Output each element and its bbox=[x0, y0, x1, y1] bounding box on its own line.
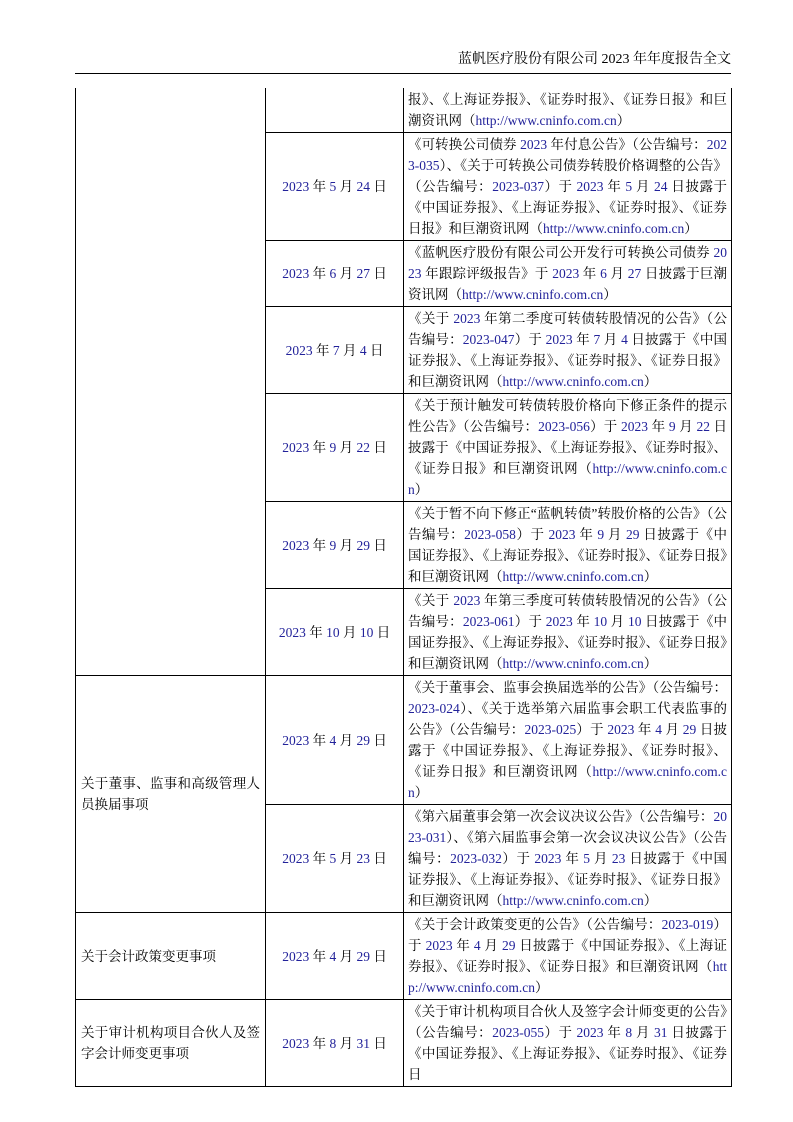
latin-text-run: http://www.cninfo.com.cn bbox=[408, 461, 727, 497]
latin-text-run: http://www.cninfo.com.cn bbox=[503, 656, 644, 671]
latin-text-run: 2023-032 bbox=[450, 851, 502, 866]
latin-text-run: http://www.cninfo.com.cn bbox=[462, 287, 603, 302]
latin-text-run: 8 bbox=[329, 1036, 336, 1051]
latin-text-run: 2023 bbox=[546, 332, 573, 347]
latin-text-run: 29 bbox=[626, 527, 640, 542]
event-category-cell: 关于会计政策变更事项 bbox=[76, 913, 266, 1000]
announcement-detail-cell: 《可转换公司债券 2023 年付息公告》（公告编号：2023-035）、《关于可… bbox=[404, 133, 732, 241]
announcement-detail-cell: 《关于 2023 年第二季度可转债转股情况的公告》（公告编号：2023-047）… bbox=[404, 307, 732, 394]
latin-text-run: 22 bbox=[356, 440, 370, 455]
latin-text-run: 2023-056 bbox=[538, 419, 590, 434]
latin-text-run: 2023 bbox=[282, 538, 309, 553]
latin-text-run: 5 bbox=[329, 179, 336, 194]
latin-text-run: 9 bbox=[329, 440, 336, 455]
latin-text-run: 2023 bbox=[282, 266, 309, 281]
latin-text-run: 4 bbox=[655, 722, 662, 737]
latin-text-run: 31 bbox=[356, 1036, 370, 1051]
latin-text-run: 2023 bbox=[282, 733, 309, 748]
latin-text-run: http://www.cninfo.com.cn bbox=[543, 221, 684, 236]
latin-text-run: 10 bbox=[628, 614, 642, 629]
page-header-title: 蓝帆医疗股份有限公司 2023 年年度报告全文 bbox=[75, 50, 731, 74]
disclosure-date-cell: 2023 年 5 月 24 日 bbox=[266, 133, 404, 241]
latin-text-run: 5 bbox=[329, 851, 336, 866]
announcement-detail-cell: 《关于会计政策变更的公告》（公告编号：2023-019）于 2023 年 4 月… bbox=[404, 913, 732, 1000]
event-category-cell: 关于审计机构项目合伙人及签字会计师变更事项 bbox=[76, 1000, 266, 1087]
disclosure-date-cell: 2023 年 7 月 4 日 bbox=[266, 307, 404, 394]
latin-text-run: 2023-055 bbox=[492, 1025, 544, 1040]
latin-text-run: 2023 bbox=[279, 625, 306, 640]
latin-text-run: 2023-031 bbox=[408, 809, 727, 845]
latin-text-run: 2023 bbox=[621, 419, 648, 434]
latin-text-run: 29 bbox=[502, 938, 516, 953]
latin-text-run: 22 bbox=[696, 419, 710, 434]
latin-text-run: 4 bbox=[360, 343, 367, 358]
announcement-detail-cell: 《蓝帆医疗股份有限公司公开发行可转换公司债券 2023 年跟踪评级报告》于 20… bbox=[404, 241, 732, 307]
latin-text-run: 23 bbox=[612, 851, 626, 866]
annual-report-page: { "header": { "title": "蓝帆医疗股份有限公司 2023 … bbox=[0, 0, 793, 1122]
latin-text-run: 23 bbox=[356, 851, 370, 866]
event-category-cell: 关于董事、监事和高级管理人员换届事项 bbox=[76, 676, 266, 913]
latin-text-run: 2023-019 bbox=[662, 917, 714, 932]
announcement-detail-cell: 《关于董事会、监事会换届选举的公告》（公告编号：2023-024）、《关于选举第… bbox=[404, 676, 732, 805]
latin-text-run: 31 bbox=[654, 1025, 668, 1040]
latin-text-run: 8 bbox=[625, 1025, 632, 1040]
table-row: 关于董事、监事和高级管理人员换届事项2023 年 4 月 29 日《关于董事会、… bbox=[76, 676, 732, 805]
latin-text-run: 24 bbox=[654, 179, 668, 194]
latin-text-run: 2023 bbox=[548, 527, 575, 542]
latin-text-run: 29 bbox=[356, 949, 370, 964]
latin-text-run: http://www.cninfo.com.cn bbox=[408, 764, 727, 800]
latin-text-run: 27 bbox=[628, 266, 642, 281]
latin-text-run: 7 bbox=[593, 332, 600, 347]
disclosure-date-cell: 2023 年 5 月 23 日 bbox=[266, 805, 404, 913]
latin-text-run: 4 bbox=[329, 949, 336, 964]
latin-text-run: 29 bbox=[356, 538, 370, 553]
latin-text-run: 5 bbox=[583, 851, 590, 866]
disclosure-date-cell: 2023 年 6 月 27 日 bbox=[266, 241, 404, 307]
latin-text-run: 2023-047 bbox=[463, 332, 515, 347]
latin-text-run: 2023 bbox=[607, 722, 634, 737]
latin-text-run: 6 bbox=[329, 266, 336, 281]
table-row: 报》、《上海证券报》、《证券时报》、《证券日报》和巨潮资讯网（http://ww… bbox=[76, 88, 732, 133]
disclosure-date-cell: 2023 年 9 月 29 日 bbox=[266, 502, 404, 589]
latin-text-run: 2023-061 bbox=[463, 614, 515, 629]
latin-text-run: 6 bbox=[600, 266, 607, 281]
latin-text-run: 2023 bbox=[282, 179, 309, 194]
latin-text-run: 7 bbox=[333, 343, 340, 358]
latin-text-run: 2023 bbox=[520, 137, 547, 152]
latin-text-run: 4 bbox=[621, 332, 628, 347]
latin-text-run: 2023 bbox=[282, 851, 309, 866]
latin-text-run: 2023-024 bbox=[408, 701, 460, 716]
latin-text-run: 10 bbox=[594, 614, 608, 629]
announcement-detail-cell: 《关于暂不向下修正“蓝帆转债”转股价格的公告》（公告编号：2023-058）于 … bbox=[404, 502, 732, 589]
disclosure-events-table-body: 报》、《上海证券报》、《证券时报》、《证券日报》和巨潮资讯网（http://ww… bbox=[76, 88, 732, 1087]
latin-text-run: 2023 bbox=[453, 593, 480, 608]
table-row: 关于会计政策变更事项2023 年 4 月 29 日《关于会计政策变更的公告》（公… bbox=[76, 913, 732, 1000]
latin-text-run: 9 bbox=[597, 527, 604, 542]
latin-text-run: 2023 bbox=[426, 938, 453, 953]
latin-text-run: 10 bbox=[326, 625, 340, 640]
disclosure-date-cell: 2023 年 4 月 29 日 bbox=[266, 676, 404, 805]
latin-text-run: 4 bbox=[474, 938, 481, 953]
latin-text-run: 10 bbox=[360, 625, 374, 640]
disclosure-events-table: 报》、《上海证券报》、《证券时报》、《证券日报》和巨潮资讯网（http://ww… bbox=[75, 88, 732, 1087]
latin-text-run: 2023 bbox=[546, 614, 573, 629]
latin-text-run: 9 bbox=[329, 538, 336, 553]
latin-text-run: 2023 bbox=[282, 949, 309, 964]
table-row: 关于审计机构项目合伙人及签字会计师变更事项2023 年 8 月 31 日《关于审… bbox=[76, 1000, 732, 1087]
latin-text-run: 2023 bbox=[552, 266, 579, 281]
announcement-detail-cell: 《关于预计触发可转债转股价格向下修正条件的提示性公告》（公告编号：2023-05… bbox=[404, 394, 732, 502]
latin-text-run: 2023 bbox=[534, 851, 561, 866]
latin-text-run: http://www.cninfo.com.cn bbox=[503, 569, 644, 584]
latin-text-run: 24 bbox=[356, 179, 370, 194]
latin-text-run: 4 bbox=[329, 733, 336, 748]
announcement-detail-cell: 《关于审计机构项目合伙人及签字会计师变更的公告》（公告编号：2023-055）于… bbox=[404, 1000, 732, 1087]
latin-text-run: 2023 bbox=[282, 1036, 309, 1051]
disclosure-date-cell: 2023 年 10 月 10 日 bbox=[266, 589, 404, 676]
disclosure-date-cell bbox=[266, 88, 404, 133]
latin-text-run: 2023-035 bbox=[408, 137, 727, 173]
latin-text-run: 2023 bbox=[282, 440, 309, 455]
latin-text-run: 27 bbox=[356, 266, 370, 281]
latin-text-run: http://www.cninfo.com.cn bbox=[476, 113, 617, 128]
latin-text-run: http://www.cninfo.com.cn bbox=[408, 959, 727, 995]
latin-text-run: 2023 bbox=[453, 311, 480, 326]
latin-text-run: 2023 bbox=[286, 343, 313, 358]
latin-text-run: 5 bbox=[625, 179, 632, 194]
event-category-cell bbox=[76, 88, 266, 676]
latin-text-run: http://www.cninfo.com.cn bbox=[503, 374, 644, 389]
disclosure-date-cell: 2023 年 4 月 29 日 bbox=[266, 913, 404, 1000]
disclosure-date-cell: 2023 年 9 月 22 日 bbox=[266, 394, 404, 502]
latin-text-run: 2023-058 bbox=[464, 527, 516, 542]
latin-text-run: 29 bbox=[356, 733, 370, 748]
latin-text-run: http://www.cninfo.com.cn bbox=[503, 893, 644, 908]
latin-text-run: 9 bbox=[669, 419, 676, 434]
announcement-detail-cell: 《第六届董事会第一次会议决议公告》（公告编号：2023-031）、《第六届监事会… bbox=[404, 805, 732, 913]
announcement-detail-cell: 《关于 2023 年第三季度可转债转股情况的公告》（公告编号：2023-061）… bbox=[404, 589, 732, 676]
latin-text-run: 2023-037 bbox=[492, 179, 544, 194]
announcement-detail-cell: 报》、《上海证券报》、《证券时报》、《证券日报》和巨潮资讯网（http://ww… bbox=[404, 88, 732, 133]
latin-text-run: 2023-025 bbox=[524, 722, 576, 737]
latin-text-run: 2023 bbox=[577, 179, 604, 194]
latin-text-run: 29 bbox=[683, 722, 697, 737]
latin-text-run: 2023 bbox=[577, 1025, 604, 1040]
disclosure-date-cell: 2023 年 8 月 31 日 bbox=[266, 1000, 404, 1087]
